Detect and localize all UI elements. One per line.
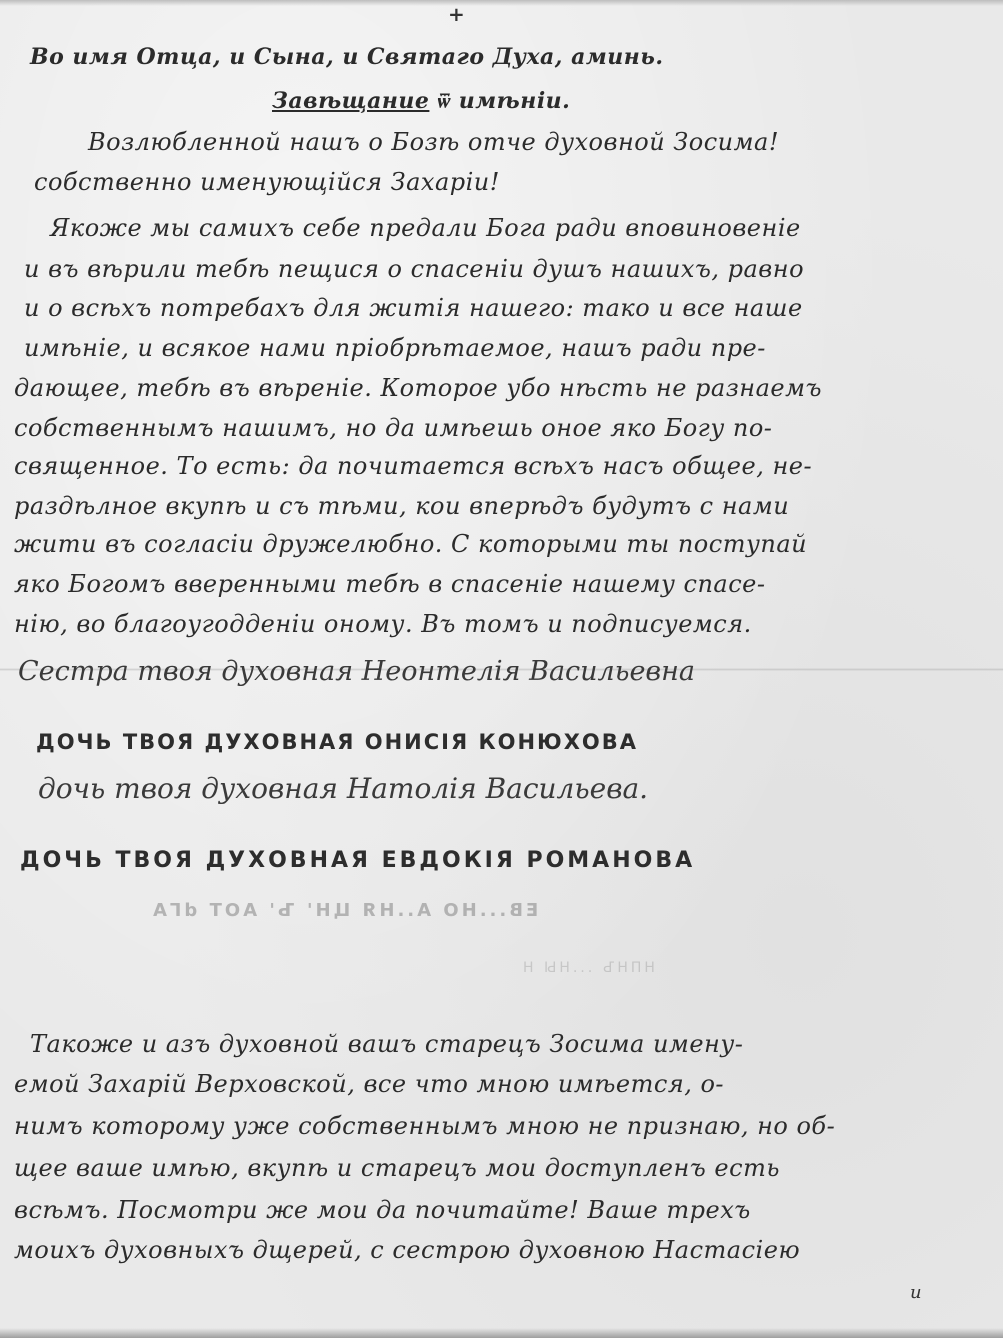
bleed-through-text-1: ЕВ...НО А..НЯ ЦН' Ъ' АОТ dГА bbox=[150, 900, 538, 921]
cross-icon: + bbox=[448, 2, 465, 26]
paragraph2-line-2: емой Захарiй Верховской, все что мною им… bbox=[14, 1070, 724, 1098]
document-title: Завѣщание ѿ имѣнiи. bbox=[272, 88, 570, 114]
address-line-2: собственно именующiйся Захарiи! bbox=[34, 168, 500, 196]
document-page: + Во имя Отца, и Сына, и Святаго Духа, а… bbox=[0, 0, 1003, 1338]
title-word-testament: Завѣщание bbox=[272, 88, 429, 114]
paper-bottom-edge bbox=[0, 1328, 1003, 1338]
catchword: и bbox=[910, 1282, 922, 1303]
address-line-1: Возлюбленной нашъ о Бозѣ отче духовной З… bbox=[88, 128, 779, 156]
signature-daughter-evdokia: Дочь твоя духовная Евдокiя Романова bbox=[20, 848, 695, 873]
paper-top-edge bbox=[0, 0, 1003, 6]
paragraph2-line-5: всѣмъ. Посмотри же мои да почитайте! Ваш… bbox=[14, 1196, 751, 1224]
paragraph1-line-1: Якоже мы самихъ себе предали Бога ради в… bbox=[50, 214, 801, 242]
signature-daughter-onisia: Дочь твоя духовная Онисiя Конюхова bbox=[36, 730, 638, 754]
paragraph1-line-9: жити въ согласiи дружелюбно. С которыми … bbox=[14, 530, 807, 558]
paragraph1-line-2: и въ вѣрили тебѣ пещися о спасенiи душъ … bbox=[24, 255, 804, 283]
paragraph1-line-7: священное. То есть: да почитается всѣхъ … bbox=[14, 452, 812, 480]
paragraph1-line-11: нiю, во благоугодденiи оному. Въ томъ и … bbox=[14, 610, 752, 638]
paragraph1-line-3: и о всѣхъ потребахъ для житiя нашего: та… bbox=[24, 294, 803, 322]
paragraph2-line-3: нимъ которому уже собственнымъ мною не п… bbox=[14, 1112, 835, 1140]
signature-sister: Сестра твоя духовная Неонтелiя Васильевн… bbox=[18, 656, 695, 687]
bleed-through-text-2: НПНЪ ...НЫ Н bbox=[520, 960, 655, 976]
paragraph2-line-6: моихъ духовныхъ дщерей, с сестрою духовн… bbox=[14, 1236, 800, 1264]
invocation-line: Во имя Отца, и Сына, и Святаго Духа, ами… bbox=[30, 44, 664, 70]
paragraph1-line-10: яко Богомъ вверенными тебѣ в спасенiе на… bbox=[14, 570, 766, 598]
paragraph1-line-5: дающее, тебѣ въ вѣренiе. Которое убо нѣс… bbox=[14, 374, 822, 402]
paragraph1-line-6: собственнымъ нашимъ, но да имѣешь оное я… bbox=[14, 414, 772, 442]
title-word-property: ѿ имѣнiи. bbox=[429, 88, 570, 114]
signature-daughter-natalia: дочь твоя духовная Натолiя Васильева. bbox=[38, 772, 648, 805]
paragraph2-line-1: Такоже и азъ духовной вашъ старецъ Зосим… bbox=[30, 1030, 743, 1058]
paragraph1-line-8: раздѣлное вкупѣ и съ тѣми, кои вперѣдъ б… bbox=[14, 492, 789, 520]
paragraph2-line-4: щее ваше имѣю, вкупѣ и старецъ мои досту… bbox=[14, 1154, 780, 1182]
paragraph1-line-4: имѣнiе, и всякое нами прiобрѣтаемое, наш… bbox=[24, 334, 766, 362]
